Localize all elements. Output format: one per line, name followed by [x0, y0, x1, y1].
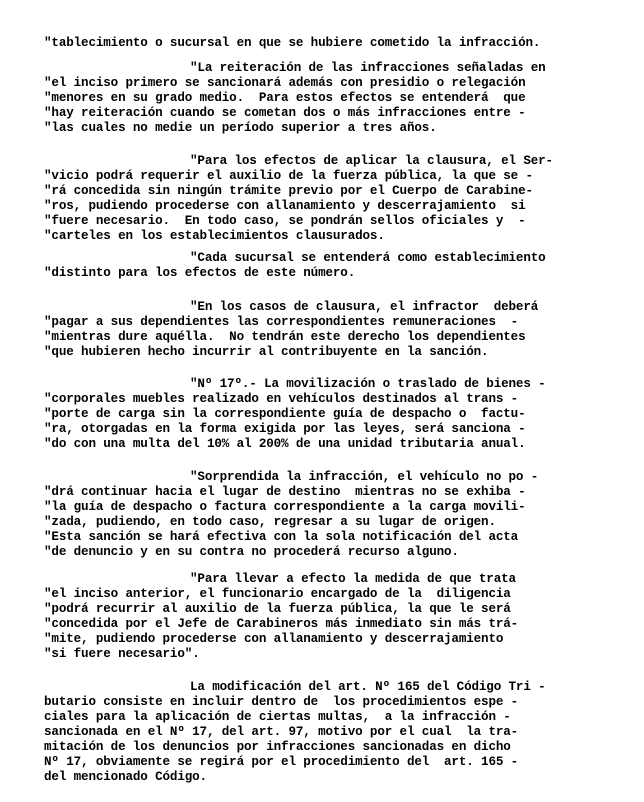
text-line: "Para los efectos de aplicar la clausura…	[44, 154, 610, 169]
paragraph-p3: "Para los efectos de aplicar la clausura…	[44, 154, 610, 244]
text-line: sancionada en el Nº 17, del art. 97, mot…	[44, 725, 610, 740]
text-line: "menores en su grado medio. Para estos e…	[44, 91, 610, 106]
text-line: del mencionado Código.	[44, 770, 610, 785]
text-line: "las cuales no medie un período superior…	[44, 121, 610, 136]
text-line: "ros, pudiendo procederse con allanamien…	[44, 199, 610, 214]
text-line: "tablecimiento o sucursal en que se hubi…	[44, 36, 610, 51]
text-line: "de denuncio y en su contra no procederá…	[44, 545, 610, 560]
text-line: "La reiteración de las infracciones seña…	[44, 61, 610, 76]
text-line: "concedida por el Jefe de Carabineros má…	[44, 617, 610, 632]
paragraph-p9: La modificación del art. Nº 165 del Códi…	[44, 680, 610, 785]
text-line: "Cada sucursal se entenderá como estable…	[44, 251, 610, 266]
text-line: "la guía de despacho o factura correspon…	[44, 500, 610, 515]
paragraph-p8: "Para llevar a efecto la medida de que t…	[44, 572, 610, 662]
text-line: La modificación del art. Nº 165 del Códi…	[44, 680, 610, 695]
text-line: "En los casos de clausura, el infractor …	[44, 300, 610, 315]
paragraph-p5: "En los casos de clausura, el infractor …	[44, 300, 610, 360]
text-line: "mite, pudiendo procederse con allanamie…	[44, 632, 610, 647]
text-line: "ra, otorgadas en la forma exigida por l…	[44, 422, 610, 437]
scanned-document-page: "tablecimiento o sucursal en que se hubi…	[0, 0, 644, 802]
text-line: "vicio podrá requerir el auxilio de la f…	[44, 169, 610, 184]
text-line: "rá concedida sin ningún trámite previo …	[44, 184, 610, 199]
text-line: Nº 17, obviamente se regirá por el proce…	[44, 755, 610, 770]
text-line: "Sorprendida la infracción, el vehículo …	[44, 470, 610, 485]
text-line: "distinto para los efectos de este númer…	[44, 266, 610, 281]
text-line: "si fuere necesario".	[44, 647, 610, 662]
paragraph-p7: "Sorprendida la infracción, el vehículo …	[44, 470, 610, 560]
text-line: "carteles en los establecimientos clausu…	[44, 229, 610, 244]
text-line: "drá continuar hacia el lugar de destino…	[44, 485, 610, 500]
text-line: "Esta sanción se hará efectiva con la so…	[44, 530, 610, 545]
paragraph-p2: "La reiteración de las infracciones seña…	[44, 61, 610, 136]
text-line: mitación de los denuncios por infraccion…	[44, 740, 610, 755]
text-line: "que hubieren hecho incurrir al contribu…	[44, 345, 610, 360]
text-line: "fuere necesario. En todo caso, se pondr…	[44, 214, 610, 229]
text-line: "podrá recurrir al auxilio de la fuerza …	[44, 602, 610, 617]
text-line: "do con una multa del 10% al 200% de una…	[44, 437, 610, 452]
paragraph-p6: "Nº 17º.- La movilización o traslado de …	[44, 377, 610, 452]
paragraph-p4: "Cada sucursal se entenderá como estable…	[44, 251, 610, 281]
text-line: "pagar a sus dependientes las correspond…	[44, 315, 610, 330]
text-line: ciales para la aplicación de ciertas mul…	[44, 710, 610, 725]
text-line: "Nº 17º.- La movilización o traslado de …	[44, 377, 610, 392]
paragraph-p1: "tablecimiento o sucursal en que se hubi…	[44, 36, 610, 51]
text-line: butario consiste en incluir dentro de lo…	[44, 695, 610, 710]
text-line: "hay reiteración cuando se cometan dos o…	[44, 106, 610, 121]
text-line: "corporales muebles realizado en vehícul…	[44, 392, 610, 407]
text-line: "mientras dure aquélla. No tendrán este …	[44, 330, 610, 345]
text-line: "zada, pudiendo, en todo caso, regresar …	[44, 515, 610, 530]
text-line: "el inciso anterior, el funcionario enca…	[44, 587, 610, 602]
text-line: "Para llevar a efecto la medida de que t…	[44, 572, 610, 587]
text-line: "porte de carga sin la correspondiente g…	[44, 407, 610, 422]
text-line: "el inciso primero se sancionará además …	[44, 76, 610, 91]
